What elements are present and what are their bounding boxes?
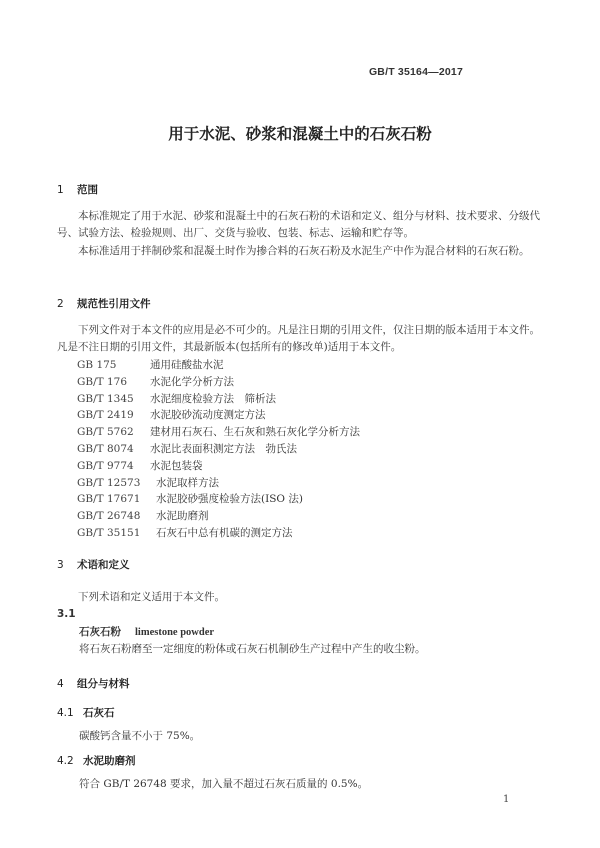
reference-code: GB/T 17671 [77,491,156,508]
term-number: 3.1 [57,606,76,623]
section-number: 1 [57,184,77,196]
reference-code: GB/T 26748 [77,508,156,525]
section-number: 2 [57,298,77,310]
reference-title: 水泥胶砂强度检验方法(ISO 法) [156,491,303,508]
subsection-4-1-heading: 4.1石灰石 [57,705,115,720]
reference-item: GB/T 9774水泥包装袋 [77,458,360,475]
document-title: 用于水泥、砂浆和混凝土中的石灰石粉 [0,122,600,144]
reference-item: GB/T 5762建材用石灰石、生石灰和熟石灰化学分析方法 [77,424,360,441]
section-title: 术语和定义 [77,559,130,571]
subsection-4-2-text: 符合 GB/T 26748 要求，加入量不超过石灰石质量的 0.5%。 [79,776,368,793]
reference-item: GB/T 26748水泥助磨剂 [77,508,360,525]
reference-code: GB/T 1345 [77,391,150,408]
term-name-en: limestone powder [135,627,214,638]
reference-item: GB/T 2419水泥胶砂流动度测定方法 [77,407,360,424]
reference-item: GB/T 12573水泥取样方法 [77,475,360,492]
reference-code: GB/T 176 [77,374,150,391]
section-number: 4 [57,678,77,690]
subsection-number: 4.2 [57,755,83,767]
section-number: 3 [57,559,77,571]
term-definition: 将石灰石粉磨至一定细度的粉体或石灰石机制砂生产过程中产生的收尘粉。 [79,641,426,658]
reference-title: 石灰石中总有机碳的测定方法 [156,525,293,542]
reference-title: 水泥胶砂流动度测定方法 [150,407,266,424]
reference-title: 水泥比表面积测定方法 勃氏法 [150,441,297,458]
subsection-4-1-text: 碳酸钙含量不小于 75%。 [79,728,200,745]
reference-title: 水泥助磨剂 [156,508,209,525]
subsection-title: 石灰石 [83,707,115,719]
standard-code: GB/T 35164—2017 [369,66,463,78]
section-2-paragraph: 下列文件对于本文件的应用是必不可少的。凡是注日期的引用文件，仅注日期的版本适用于… [57,322,540,356]
reference-code: GB/T 35151 [77,525,156,542]
section-1-paragraph-2: 本标准适用于拌制砂浆和混凝土时作为掺合料的石灰石粉及水泥生产中作为混合材料的石灰… [57,243,540,260]
reference-title: 通用硅酸盐水泥 [150,357,224,374]
reference-title: 水泥化学分析方法 [150,374,234,391]
reference-item: GB/T 8074水泥比表面积测定方法 勃氏法 [77,441,360,458]
section-2-heading: 2规范性引用文件 [57,296,151,311]
section-title: 规范性引用文件 [77,298,151,310]
reference-item: GB 175通用硅酸盐水泥 [77,357,360,374]
section-title: 范围 [77,184,98,196]
section-3-heading: 3术语和定义 [57,557,130,572]
subsection-title: 水泥助磨剂 [83,755,136,767]
reference-code: GB/T 8074 [77,441,150,458]
section-3-paragraph: 下列术语和定义适用于本文件。 [57,589,540,606]
reference-item: GB/T 1345水泥细度检验方法 筛析法 [77,391,360,408]
section-4-heading: 4组分与材料 [57,676,130,691]
term-heading: 石灰石粉limestone powder [79,624,214,641]
subsection-4-2-heading: 4.2水泥助磨剂 [57,753,136,768]
section-title: 组分与材料 [77,678,130,690]
reference-title: 建材用石灰石、生石灰和熟石灰化学分析方法 [150,424,360,441]
reference-item: GB/T 17671水泥胶砂强度检验方法(ISO 法) [77,491,360,508]
section-1-heading: 1范围 [57,182,98,197]
reference-code: GB/T 9774 [77,458,150,475]
reference-item: GB/T 35151石灰石中总有机碳的测定方法 [77,525,360,542]
reference-code: GB/T 2419 [77,407,150,424]
reference-list: GB 175通用硅酸盐水泥 GB/T 176水泥化学分析方法 GB/T 1345… [77,357,360,542]
reference-code: GB/T 12573 [77,475,156,492]
page-number: 1 [503,794,509,805]
subsection-number: 4.1 [57,707,83,719]
reference-code: GB 175 [77,357,150,374]
reference-code: GB/T 5762 [77,424,150,441]
reference-title: 水泥细度检验方法 筛析法 [150,391,276,408]
reference-title: 水泥包装袋 [150,458,203,475]
reference-item: GB/T 176水泥化学分析方法 [77,374,360,391]
section-1-paragraph-1: 本标准规定了用于水泥、砂浆和混凝土中的石灰石粉的术语和定义、组分与材料、技术要求… [57,208,540,242]
reference-title: 水泥取样方法 [156,475,219,492]
term-name-zh: 石灰石粉 [79,626,121,638]
